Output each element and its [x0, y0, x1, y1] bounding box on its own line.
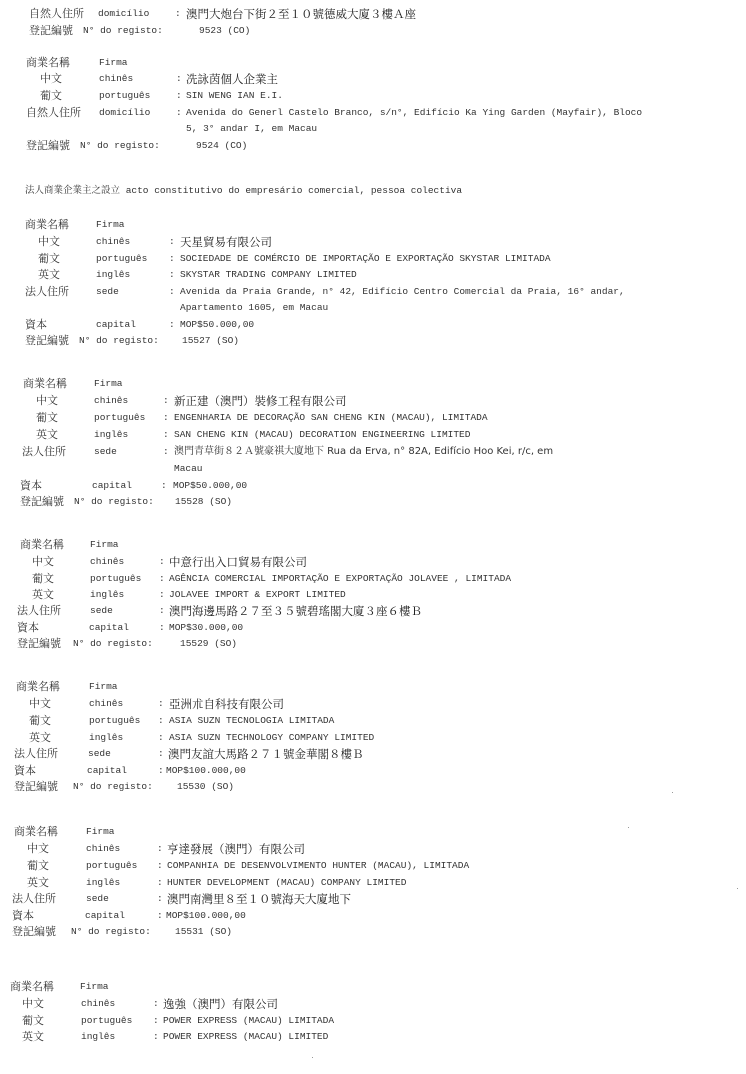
scan-speck [672, 792, 673, 793]
label-zh: 中文 [29, 697, 51, 711]
label-pt: chinês [90, 555, 124, 569]
label-zh: 中文 [38, 235, 60, 249]
seat-value: 澳門海邊馬路２７至３５號碧瑤閣大廈３座６樓Ｂ [169, 604, 422, 618]
separator: : [176, 72, 182, 86]
label-pt: Firma [99, 56, 128, 70]
label-pt: Firma [94, 377, 123, 391]
label-zh: 葡文 [40, 89, 62, 103]
label-pt: N° do registo: [73, 637, 153, 651]
label-zh: 英文 [29, 731, 51, 745]
separator: : [158, 714, 164, 728]
section-heading: 法人商業企業主之設立 acto constitutivo do empresár… [25, 184, 462, 198]
label-pt: capital [96, 318, 136, 332]
separator: : [153, 1014, 159, 1028]
label-pt: sede [88, 747, 111, 761]
label-zh: 葡文 [38, 252, 60, 266]
label-zh: 英文 [32, 588, 54, 602]
name-chinese-value: 亞洲朮自科技有限公司 [169, 697, 284, 711]
label-pt: inglês [89, 731, 123, 745]
label-zh: 中文 [32, 555, 54, 569]
label-pt: capital [87, 764, 127, 778]
label-zh: 商業名稱 [26, 56, 70, 70]
scan-speck [312, 1057, 313, 1058]
label-pt: domicílio [98, 7, 149, 21]
name-portuguese-value: ASIA SUZN TECNOLOGIA LIMITADA [169, 714, 334, 728]
scan-speck [628, 827, 629, 828]
label-zh: 法人住所 [14, 747, 58, 761]
name-portuguese-value: SOCIEDADE DE COMÉRCIO DE IMPORTAÇÃO E EX… [180, 252, 551, 266]
label-zh: 葡文 [27, 859, 49, 873]
label-pt: Firma [86, 825, 115, 839]
registry-number: 15528 (SO) [175, 495, 232, 509]
label-pt: português [90, 572, 141, 586]
label-pt: sede [90, 604, 113, 618]
name-chinese-value: 中意行出入口貿易有限公司 [169, 555, 307, 569]
separator: : [169, 285, 175, 299]
capital-value: MOP$100.000,00 [166, 909, 246, 923]
label-pt: inglês [86, 876, 120, 890]
registry-number: 15529 (SO) [180, 637, 237, 651]
seat-value-cont: Apartamento 1605, em Macau [180, 301, 328, 315]
label-pt: chinês [99, 72, 133, 86]
registry-number: 15527 (SO) [182, 334, 239, 348]
label-zh: 商業名稱 [23, 377, 67, 391]
separator: : [169, 318, 175, 332]
label-zh: 法人住所 [12, 892, 56, 906]
name-chinese-value: 天星貿易有限公司 [180, 235, 272, 249]
label-pt: chinês [86, 842, 120, 856]
separator: : [163, 394, 169, 408]
separator: : [163, 445, 169, 459]
separator: : [176, 89, 182, 103]
capital-value: MOP$100.000,00 [166, 764, 246, 778]
name-portuguese-value: COMPANHIA DE DESENVOLVIMENTO HUNTER (MAC… [167, 859, 469, 873]
label-pt: sede [86, 892, 109, 906]
label-pt: inglês [94, 428, 128, 442]
label-zh: 中文 [27, 842, 49, 856]
label-zh: 自然人住所 [26, 106, 81, 120]
separator: : [157, 909, 163, 923]
label-zh: 法人住所 [22, 445, 66, 459]
separator: : [157, 859, 163, 873]
separator: : [158, 747, 164, 761]
name-chinese-value: 逸強（澳門）有限公司 [163, 997, 278, 1011]
name-chinese-value: 亨達發展（澳門）有限公司 [167, 842, 305, 856]
separator: : [157, 842, 163, 856]
label-zh: 資本 [20, 479, 42, 493]
separator: : [159, 604, 165, 618]
label-pt: chinês [96, 235, 130, 249]
name-portuguese-value: SIN WENG IAN E.I. [186, 89, 283, 103]
label-zh: 資本 [14, 764, 36, 778]
separator: : [169, 235, 175, 249]
label-zh: 商業名稱 [16, 680, 60, 694]
label-zh: 商業名稱 [20, 538, 64, 552]
label-pt: português [81, 1014, 132, 1028]
separator: : [169, 252, 175, 266]
label-pt: português [99, 89, 150, 103]
separator: : [163, 411, 169, 425]
separator: : [159, 555, 165, 569]
separator: : [158, 697, 164, 711]
label-zh: 資本 [17, 621, 39, 635]
name-english-value: SKYSTAR TRADING COMPANY LIMITED [180, 268, 357, 282]
label-pt: inglês [81, 1030, 115, 1044]
capital-value: MOP$50.000,00 [180, 318, 254, 332]
label-zh: 英文 [27, 876, 49, 890]
label-zh: 葡文 [36, 411, 58, 425]
label-pt: inglês [90, 588, 124, 602]
name-english-value: POWER EXPRESS (MACAU) LIMITED [163, 1030, 328, 1044]
capital-value: MOP$50.000,00 [173, 479, 247, 493]
label-pt: N° do registo: [74, 495, 154, 509]
label-pt: chinês [89, 697, 123, 711]
label-pt: N° do registo: [79, 334, 159, 348]
label-zh: 商業名稱 [14, 825, 58, 839]
label-pt: português [86, 859, 137, 873]
label-pt: capital [89, 621, 129, 635]
label-zh: 葡文 [22, 1014, 44, 1028]
label-pt: português [94, 411, 145, 425]
label-pt: sede [96, 285, 119, 299]
registry-number: 9524 (CO) [196, 139, 247, 153]
label-zh: 英文 [22, 1030, 44, 1044]
separator: : [157, 876, 163, 890]
name-english-value: ASIA SUZN TECHNOLOGY COMPANY LIMITED [169, 731, 374, 745]
separator: : [176, 106, 182, 120]
label-pt: Firma [80, 980, 109, 994]
seat-value: 澳門青草街８２Ａ號豪祺大廈地下 Rua da Erva, n° 82A, Edi… [174, 445, 553, 459]
label-zh: 英文 [38, 268, 60, 282]
label-pt: chinês [81, 997, 115, 1011]
label-pt: português [96, 252, 147, 266]
separator: : [158, 731, 164, 745]
label-zh: 法人住所 [17, 604, 61, 618]
separator: : [163, 428, 169, 442]
domicile-value-cont: 5, 3° andar I, em Macau [186, 122, 317, 136]
domicile-value: 澳門大炮台下街２至１０號德威大廈３樓Ａ座 [186, 7, 416, 21]
label-zh: 登記編號 [20, 495, 64, 509]
name-portuguese-value: AGÊNCIA COMERCIAL IMPORTAÇÃO E EXPORTAÇÃ… [169, 572, 511, 586]
label-pt: domicílio [99, 106, 150, 120]
label-pt: N° do registo: [73, 780, 153, 794]
domicile-value: Avenida do Generl Castelo Branco, s/n°, … [186, 106, 642, 120]
registry-number: 9523 (CO) [199, 24, 250, 38]
label-zh: 中文 [40, 72, 62, 86]
separator: : [153, 1030, 159, 1044]
separator: : [169, 268, 175, 282]
capital-value: MOP$30.000,00 [169, 621, 243, 635]
label-zh: 法人住所 [25, 285, 69, 299]
label-pt: Firma [96, 218, 125, 232]
separator: : [159, 588, 165, 602]
name-chinese-value: 新正建（澳門）裝修工程有限公司 [174, 394, 347, 408]
label-pt: capital [92, 479, 132, 493]
label-zh: 登記編號 [29, 24, 73, 38]
label-zh: 商業名稱 [10, 980, 54, 994]
label-zh: 葡文 [29, 714, 51, 728]
seat-value: 澳門南灣里８至１０號海天大廈地下 [167, 892, 351, 906]
label-pt: sede [94, 445, 117, 459]
separator: : [161, 479, 167, 493]
label-zh: 登記編號 [14, 780, 58, 794]
separator: : [175, 7, 181, 21]
label-pt: N° do registo: [80, 139, 160, 153]
label-pt: Firma [89, 680, 118, 694]
separator: : [159, 572, 165, 586]
label-pt: chinês [94, 394, 128, 408]
separator: : [157, 892, 163, 906]
label-zh: 資本 [25, 318, 47, 332]
label-zh: 登記編號 [26, 139, 70, 153]
seat-value: 澳門友誼大馬路２７１號金華閣８樓Ｂ [168, 747, 364, 761]
label-pt: português [89, 714, 140, 728]
label-zh: 英文 [36, 428, 58, 442]
name-english-value: HUNTER DEVELOPMENT (MACAU) COMPANY LIMIT… [167, 876, 406, 890]
label-pt: inglês [96, 268, 130, 282]
seat-value-cont: Macau [174, 462, 203, 476]
label-pt: N° do registo: [71, 925, 151, 939]
scan-speck [737, 888, 738, 889]
label-zh: 資本 [12, 909, 34, 923]
label-pt: capital [85, 909, 125, 923]
label-pt: N° do registo: [83, 24, 163, 38]
separator: : [153, 997, 159, 1011]
label-zh: 登記編號 [25, 334, 69, 348]
label-zh: 中文 [22, 997, 44, 1011]
name-english-value: SAN CHENG KIN (MACAU) DECORATION ENGINEE… [174, 428, 470, 442]
name-english-value: JOLAVEE IMPORT & EXPORT LIMITED [169, 588, 346, 602]
label-pt: Firma [90, 538, 119, 552]
seat-value: Avenida da Praia Grande, n° 42, Edifício… [180, 285, 625, 299]
label-zh: 登記編號 [12, 925, 56, 939]
separator: : [158, 764, 164, 778]
label-zh: 登記編號 [17, 637, 61, 651]
registry-number: 15530 (SO) [177, 780, 234, 794]
section-heading-text: 法人商業企業主之設立 acto constitutivo do empresár… [25, 185, 462, 196]
label-zh: 葡文 [32, 572, 54, 586]
name-portuguese-value: ENGENHARIA DE DECORAÇÃO SAN CHENG KIN (M… [174, 411, 488, 425]
separator: : [159, 621, 165, 635]
label-zh: 中文 [36, 394, 58, 408]
label-zh: 商業名稱 [25, 218, 69, 232]
label-zh: 自然人住所 [29, 7, 84, 21]
name-portuguese-value: POWER EXPRESS (MACAU) LIMITADA [163, 1014, 334, 1028]
name-chinese-value: 冼詠茵個人企業主 [186, 72, 278, 86]
registry-number: 15531 (SO) [175, 925, 232, 939]
